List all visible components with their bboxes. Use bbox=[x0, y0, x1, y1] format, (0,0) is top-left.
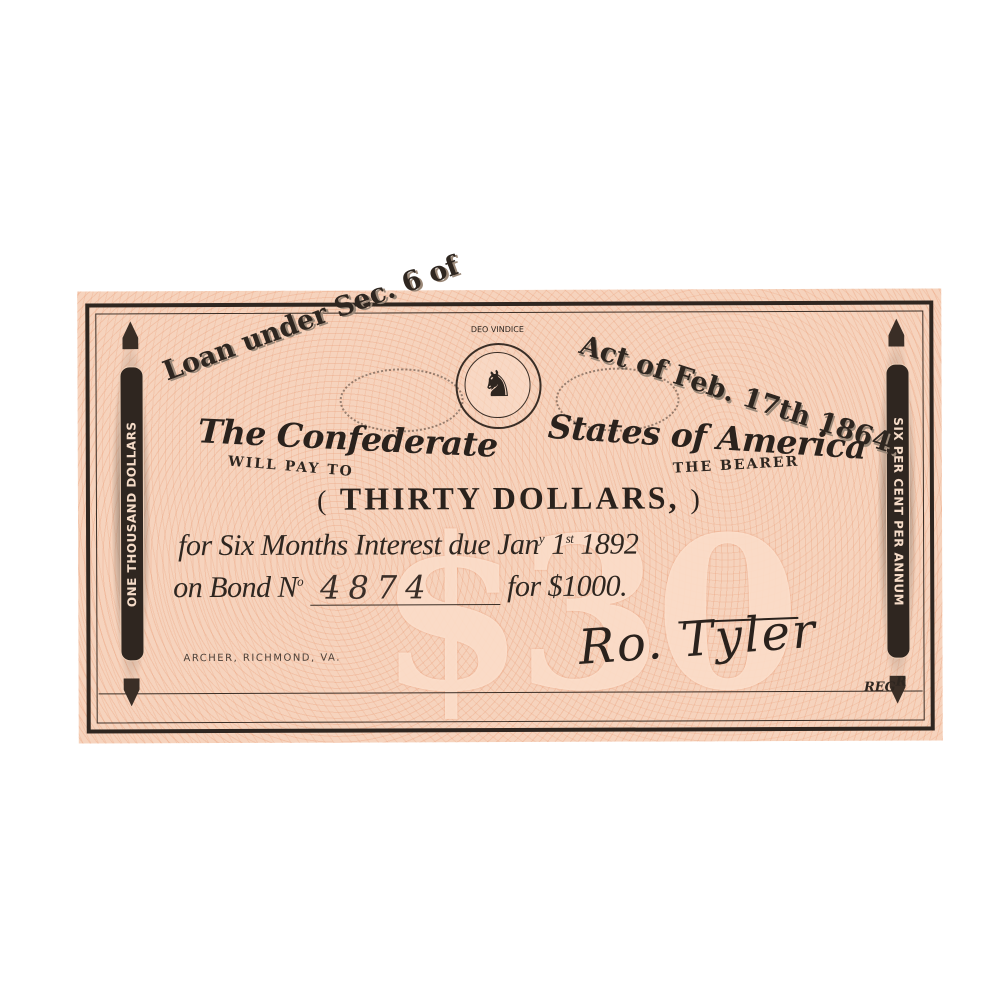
left-side-panel: ONE THOUSAND DOLLARS bbox=[105, 321, 156, 706]
reg-text: REG bbox=[864, 680, 896, 695]
seal-vignette: DEO VINDICE ♞ bbox=[452, 325, 542, 425]
interest-line: for Six Months Interest due Jany 1st 189… bbox=[178, 528, 638, 564]
bond-suffix: for $1000. bbox=[507, 570, 627, 603]
interest-text: for Six Months Interest due Jan bbox=[178, 528, 539, 562]
bond-prefix: on Bond N bbox=[173, 571, 297, 604]
spire-icon bbox=[888, 319, 904, 347]
seal-motto: DEO VINDICE bbox=[452, 325, 542, 334]
bond-sup: o bbox=[297, 574, 303, 589]
amount-line: ( THIRTY DOLLARS, ) bbox=[198, 479, 822, 518]
left-panel-band: ONE THOUSAND DOLLARS bbox=[119, 366, 144, 661]
printer-imprint: ARCHER, RICHMOND, VA. bbox=[183, 653, 340, 665]
bond-number: 4874 bbox=[320, 568, 434, 606]
left-panel-text: ONE THOUSAND DOLLARS bbox=[125, 421, 140, 607]
reg-sup: R bbox=[896, 675, 907, 690]
interest-year: 1892 bbox=[573, 528, 638, 561]
register-mark: REGR bbox=[864, 675, 907, 695]
right-panel-band: SIX PER CENT PER ANNUM bbox=[885, 364, 910, 659]
seal-center: ♞ bbox=[464, 352, 530, 418]
bond-number-blank: 4874 bbox=[310, 570, 500, 606]
amount-text: THIRTY DOLLARS, bbox=[340, 479, 680, 516]
spire-icon bbox=[122, 321, 138, 349]
bond-coupon: $30 ONE THOUSAND DOLLARS SIX PER CENT PE… bbox=[77, 288, 943, 743]
equestrian-statue-icon: ♞ bbox=[481, 367, 513, 403]
paren-open: ( bbox=[317, 486, 329, 517]
bond-line: on Bond No 4874 for $1000. bbox=[173, 570, 627, 607]
paren-close: ) bbox=[690, 484, 702, 515]
right-side-panel: SIX PER CENT PER ANNUM bbox=[871, 319, 922, 704]
interest-day: 1 bbox=[544, 528, 566, 561]
